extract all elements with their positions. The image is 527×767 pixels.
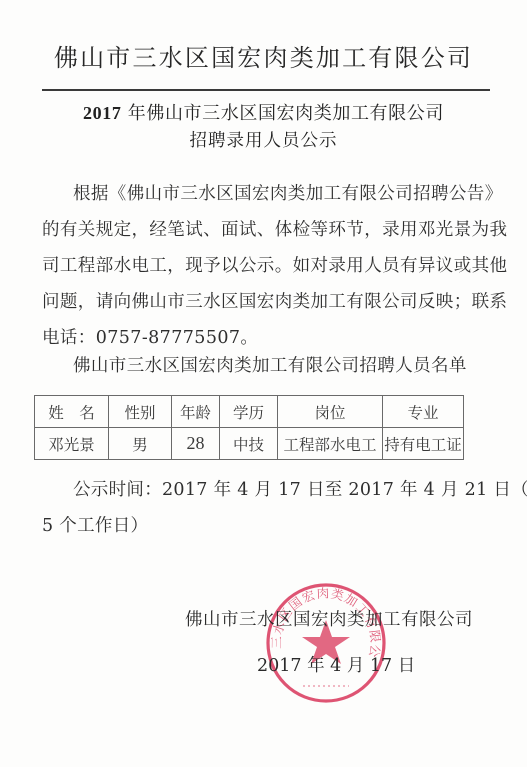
body-line: 司工程部水电工，现予以公示。如对录用人员有异议或其他 <box>42 248 474 284</box>
column-header-gender: 性别 <box>109 396 172 428</box>
letterhead-company-name: 佛山市三水区国宏肉类加工有限公司 <box>0 38 527 73</box>
cell-gender: 男 <box>109 428 172 460</box>
body-line: 问题，请向佛山市三水区国宏肉类加工有限公司反映；联系 <box>42 284 474 320</box>
notice-title-year: 2017 <box>83 103 121 123</box>
signature-date: 2017 年 4 月 17 日 <box>257 652 415 677</box>
company-seal-icon: 三水区国宏肉类加工有限公司 <box>265 582 387 704</box>
cell-specialty: 持有电工证 <box>383 428 464 460</box>
column-header-education: 学历 <box>220 396 278 428</box>
column-header-age: 年龄 <box>172 396 220 428</box>
signature-company: 佛山市三水区国宏肉类加工有限公司 <box>185 606 473 631</box>
roster-header-row: 姓 名 性别 年龄 学历 岗位 专业 <box>35 396 464 428</box>
roster-table: 姓 名 性别 年龄 学历 岗位 专业 邓光景 男 28 中技 工程部水电工 持有… <box>34 395 464 460</box>
notice-title-rest: 年佛山市三水区国宏肉类加工有限公司 <box>121 103 444 124</box>
cell-education: 中技 <box>220 428 278 460</box>
publicity-period: 公示时间：2017 年 4 月 17 日至 2017 年 4 月 21 日（共 … <box>42 472 482 544</box>
period-line: 5 个工作日） <box>42 508 482 544</box>
column-header-specialty: 专业 <box>383 396 464 428</box>
column-header-name: 姓 名 <box>35 396 109 428</box>
notice-title-line2: 招聘录用人员公示 <box>0 127 527 152</box>
body-line: 电话：0757-87775507。 <box>42 320 474 356</box>
notice-title-line1: 2017 年佛山市三水区国宏肉类加工有限公司 <box>0 99 527 125</box>
cell-age: 28 <box>172 428 220 460</box>
body-line: 的有关规定，经笔试、面试、体检等环节，录用邓光景为我 <box>42 212 474 248</box>
roster-caption: 佛山市三水区国宏肉类加工有限公司招聘人员名单 <box>73 352 467 377</box>
body-line: 根据《佛山市三水区国宏肉类加工有限公司招聘公告》 <box>42 176 474 212</box>
column-header-position: 岗位 <box>278 396 383 428</box>
table-row: 邓光景 男 28 中技 工程部水电工 持有电工证 <box>35 428 464 460</box>
cell-name: 邓光景 <box>35 428 109 460</box>
cell-position: 工程部水电工 <box>278 428 383 460</box>
period-line: 公示时间：2017 年 4 月 17 日至 2017 年 4 月 21 日（共 <box>42 472 482 508</box>
notice-body: 根据《佛山市三水区国宏肉类加工有限公司招聘公告》 的有关规定，经笔试、面试、体检… <box>42 176 474 356</box>
letterhead-divider <box>42 89 490 91</box>
